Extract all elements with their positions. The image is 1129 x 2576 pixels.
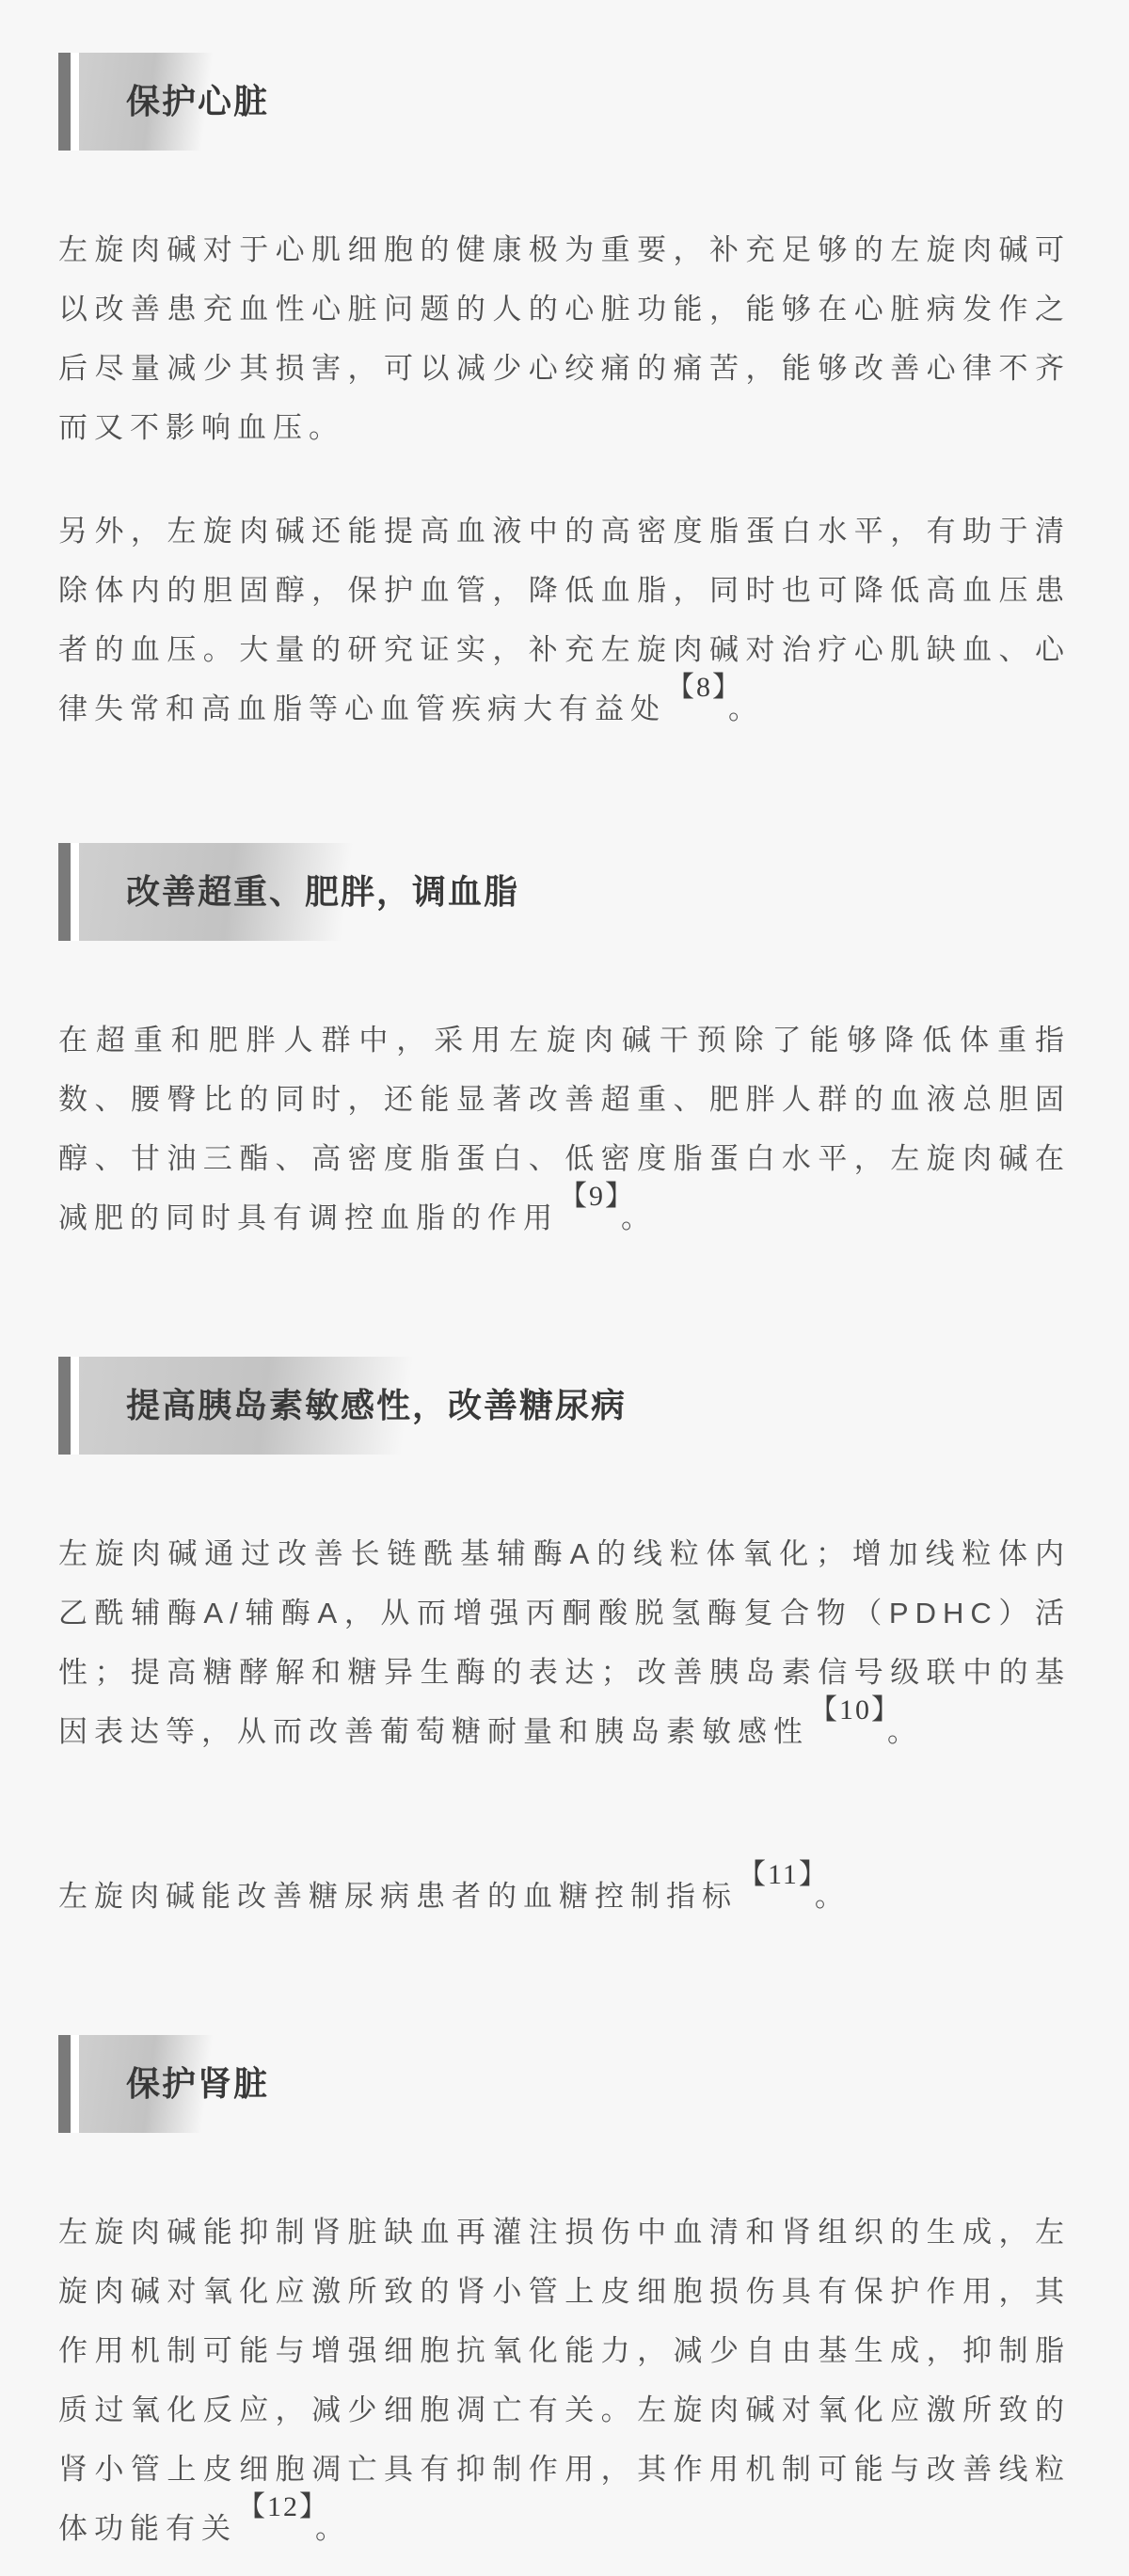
section-heading: 改善超重、肥胖，调血脂 — [58, 843, 1071, 941]
paragraph-tail: 。 — [728, 692, 764, 725]
section-heading: 提高胰岛素敏感性，改善糖尿病 — [58, 1357, 1071, 1455]
heading-gap — [71, 2035, 79, 2133]
reference-marker: 【9】 — [559, 1181, 621, 1212]
reference-marker: 【11】 — [738, 1859, 815, 1890]
section-weight-blood-lipid: 改善超重、肥胖，调血脂 在超重和肥胖人群中，采用左旋肉碱干预除了能够降低体重指数… — [58, 843, 1071, 1248]
paragraph: 左旋肉碱通过改善长链酰基辅酶A的线粒体氧化；增加线粒体内乙酰辅酶A/辅酶A，从而… — [58, 1524, 1071, 1761]
section-protect-heart: 保护心脏 左旋肉碱对于心肌细胞的健康极为重要，补充足够的左旋肉碱可以改善患充血性… — [58, 53, 1071, 739]
section-heading-title: 改善超重、肥胖，调血脂 — [79, 843, 557, 941]
paragraph-tail: 。 — [815, 1880, 851, 1913]
paragraph: 在超重和肥胖人群中，采用左旋肉碱干预除了能够降低体重指数、腰臀比的同时，还能显著… — [58, 1010, 1071, 1248]
paragraph: 左旋肉碱能改善糖尿病患者的血糖控制指标【11】。 — [58, 1867, 1071, 1926]
paragraph-tail: 。 — [621, 1201, 657, 1234]
article-body: { "page": { "background_color": "#f7f7f7… — [0, 0, 1129, 2576]
paragraph: 左旋肉碱对于心肌细胞的健康极为重要，补充足够的左旋肉碱可以改善患充血性心脏问题的… — [58, 220, 1071, 457]
heading-accent-bar — [58, 53, 71, 151]
paragraph-tail: 。 — [315, 2512, 351, 2545]
paragraph: 左旋肉碱能抑制肾脏缺血再灌注损伤中血清和肾组织的生成，左旋肉碱对氧化应激所致的肾… — [58, 2202, 1071, 2558]
reference-marker: 【12】 — [237, 2491, 315, 2522]
reference-marker: 【10】 — [809, 1694, 887, 1725]
section-protect-kidney: 保护肾脏 左旋肉碱能抑制肾脏缺血再灌注损伤中血清和肾组织的生成，左旋肉碱对氧化应… — [58, 2035, 1071, 2558]
section-heading: 保护心脏 — [58, 53, 1071, 151]
section-heading-title: 保护肾脏 — [79, 2035, 307, 2133]
paragraph-text: 另外，左旋肉碱还能提高血液中的高密度脂蛋白水平，有助于清除体内的胆固醇，保护血管… — [58, 515, 1071, 725]
heading-accent-bar — [58, 2035, 71, 2133]
section-heading: 保护肾脏 — [58, 2035, 1071, 2133]
section-heading-title: 保护心脏 — [79, 53, 307, 151]
heading-accent-bar — [58, 843, 71, 941]
reference-marker: 【8】 — [666, 672, 728, 703]
paragraph: 另外，左旋肉碱还能提高血液中的高密度脂蛋白水平，有助于清除体内的胆固醇，保护血管… — [58, 501, 1071, 739]
heading-accent-bar — [58, 1357, 71, 1455]
paragraph-text: 左旋肉碱能抑制肾脏缺血再灌注损伤中血清和肾组织的生成，左旋肉碱对氧化应激所致的肾… — [58, 2216, 1071, 2545]
paragraph-text: 左旋肉碱对于心肌细胞的健康极为重要，补充足够的左旋肉碱可以改善患充血性心脏问题的… — [58, 233, 1071, 444]
heading-gap — [71, 1357, 79, 1455]
paragraph-text: 左旋肉碱能改善糖尿病患者的血糖控制指标 — [58, 1880, 738, 1913]
paragraph-tail: 。 — [887, 1715, 923, 1748]
section-heading-title: 提高胰岛素敏感性，改善糖尿病 — [79, 1357, 664, 1455]
heading-gap — [71, 843, 79, 941]
section-insulin-diabetes: 提高胰岛素敏感性，改善糖尿病 左旋肉碱通过改善长链酰基辅酶A的线粒体氧化；增加线… — [58, 1357, 1071, 1926]
heading-gap — [71, 53, 79, 151]
